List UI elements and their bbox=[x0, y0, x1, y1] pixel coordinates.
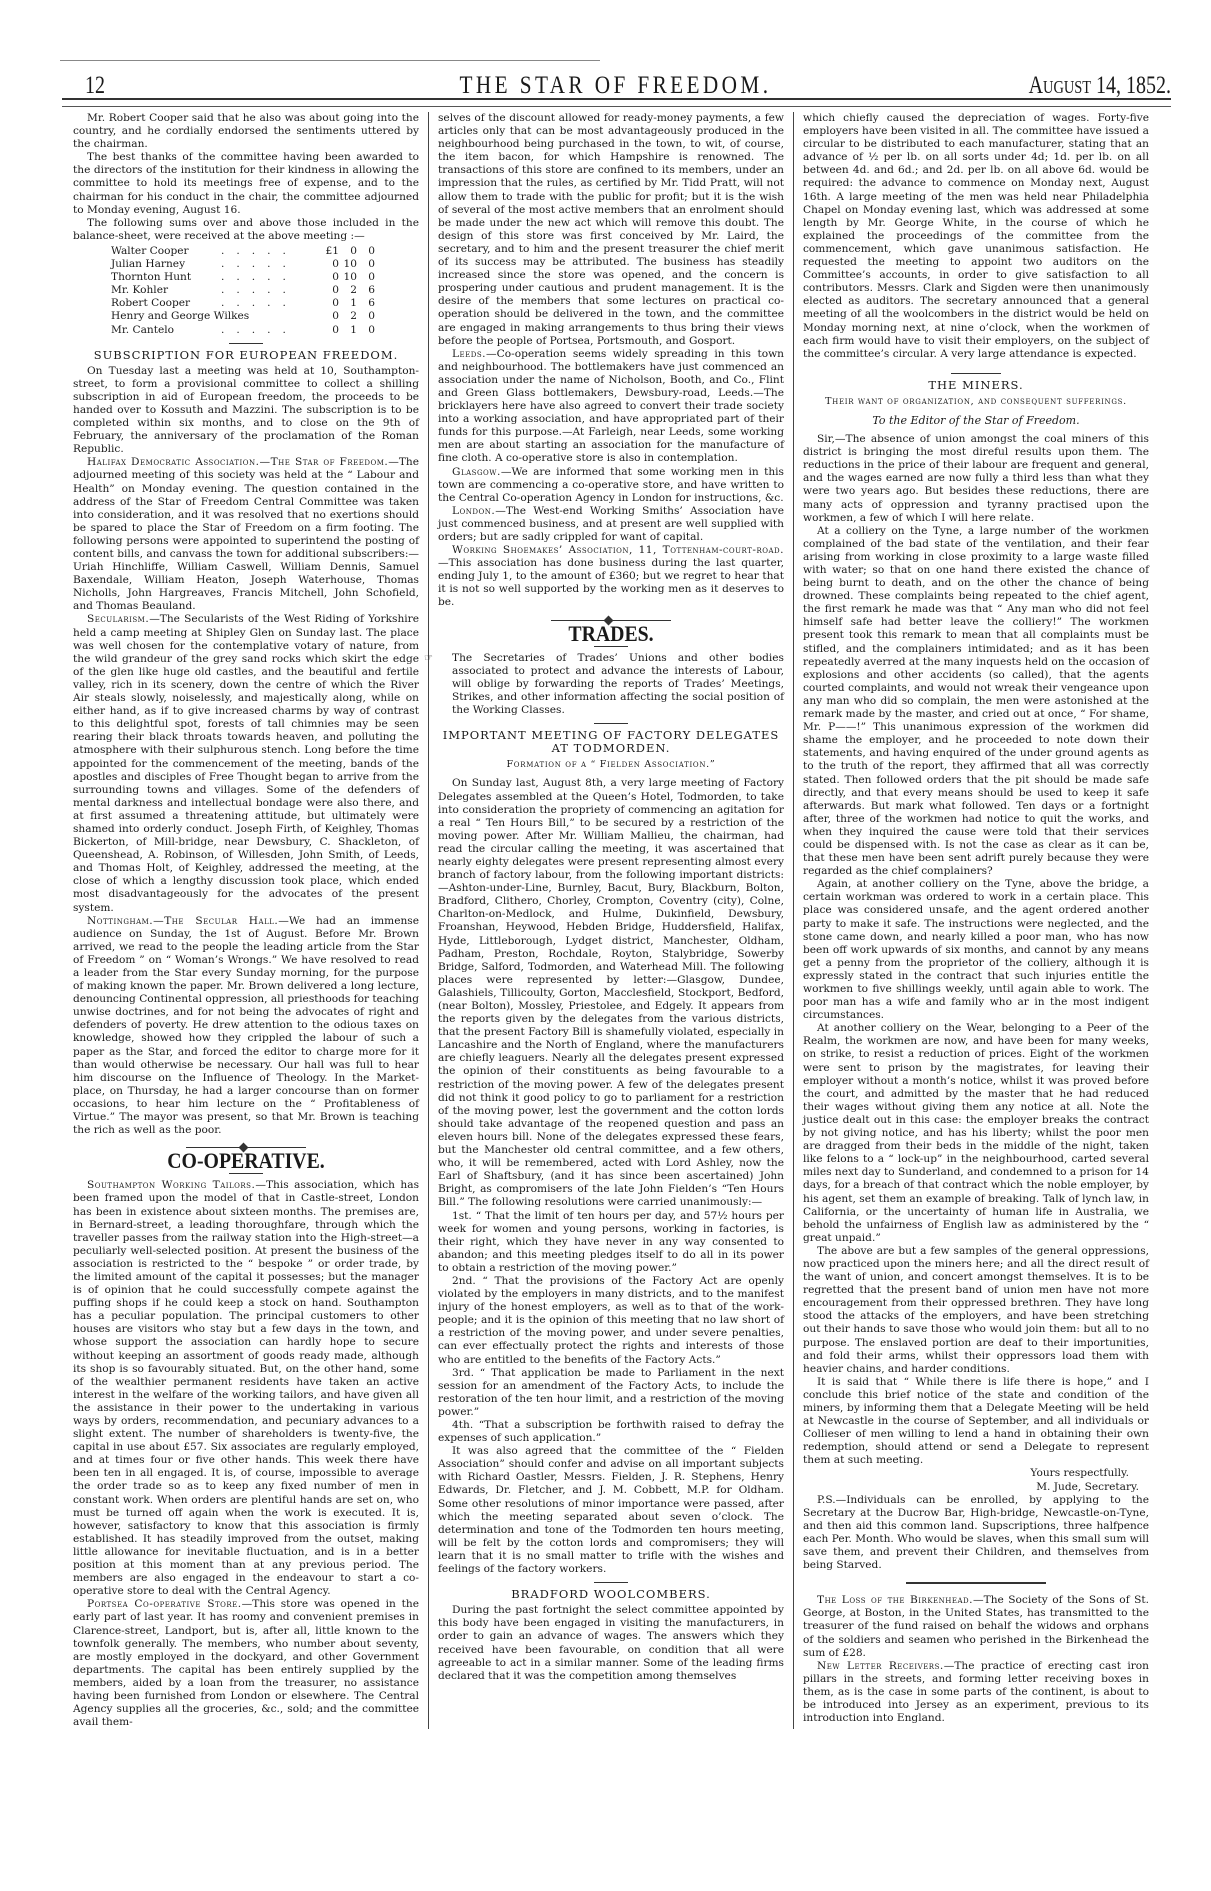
article-heading: THE MINERS. bbox=[803, 379, 1149, 392]
trades-notice: ☞The Secretaries of Trades’ Unions and o… bbox=[438, 652, 784, 717]
article-subheading: Formation of a “ Fielden Association.” bbox=[438, 758, 784, 771]
section-divider bbox=[951, 373, 1001, 374]
paragraph: The Loss of the Birkenhead.—The Society … bbox=[803, 1594, 1149, 1659]
paragraph: New Letter Receivers.—The practice of er… bbox=[803, 1660, 1149, 1725]
paragraph: At a colliery on the Tyne, a large numbe… bbox=[803, 525, 1149, 879]
section-heading-cooperative: CO-OPERATIVE. bbox=[90, 1154, 401, 1167]
paragraph: On Tuesday last a meeting was held at 10… bbox=[73, 365, 419, 457]
paragraph-lead: Halifax Democratic Association.—The Star… bbox=[87, 456, 388, 468]
top-rule bbox=[60, 60, 600, 61]
paragraph: Southampton Working Tailors.—This associ… bbox=[73, 1179, 419, 1598]
paragraph: During the past fortnight the select com… bbox=[438, 1604, 784, 1683]
paragraph-lead: Glasgow. bbox=[452, 466, 501, 478]
article-columns: Mr. Robert Cooper said that he also was … bbox=[64, 112, 1158, 1729]
paragraph-lead: New Letter Receivers. bbox=[817, 1660, 944, 1672]
paragraph: Working Shoemakes’ Association, 11, Tott… bbox=[438, 544, 784, 609]
paragraph: The best thanks of the committee having … bbox=[73, 151, 419, 216]
section-divider bbox=[594, 1582, 628, 1583]
letter-signature: M. Jude, Secretary. bbox=[803, 1481, 1149, 1494]
paragraph: Glasgow.—We are informed that some worki… bbox=[438, 466, 784, 505]
postscript: P.S.—Individuals can be enrolled, by app… bbox=[803, 1494, 1149, 1573]
paragraph-lead: Leeds. bbox=[452, 348, 486, 360]
resolution: 4th. “That a subscription be forthwith r… bbox=[438, 1419, 784, 1445]
subscription-row: Thornton Hunt.....0100 bbox=[111, 271, 375, 284]
page-number: 12 bbox=[85, 72, 105, 100]
subscription-row: Mr. Kohler.....026 bbox=[111, 284, 375, 297]
paragraph: Sir,—The absence of union amongst the co… bbox=[803, 433, 1149, 525]
article-heading: IMPORTANT MEETING OF FACTORY DELEGATES A… bbox=[438, 729, 784, 755]
subscription-row: Julian Harney.....0100 bbox=[111, 258, 375, 271]
pointing-hand-icon: ☞ bbox=[438, 652, 452, 665]
paragraph: Again, at another colliery on the Tyne, … bbox=[803, 878, 1149, 1022]
subscription-row: Mr. Cantelo.....010 bbox=[111, 324, 375, 337]
paragraph: It is said that “ While there is life th… bbox=[803, 1376, 1149, 1468]
subscription-row: Walter Cooper.....£100 bbox=[111, 245, 375, 258]
subscription-list: Walter Cooper.....£100 Julian Harney....… bbox=[111, 245, 375, 337]
paragraph: On Sunday last, August 8th, a very large… bbox=[438, 777, 784, 1209]
article-heading: BRADFORD WOOLCOMBERS. bbox=[438, 1588, 784, 1601]
section-divider bbox=[229, 1173, 263, 1174]
letter-salutation: To the Editor of the Star of Freedom. bbox=[803, 414, 1149, 427]
resolution: 2nd. “ That the provisions of the Factor… bbox=[438, 1275, 784, 1367]
paragraph-lead: Nottingham.—The Secular Hall. bbox=[87, 915, 278, 927]
paragraph-lead: Working Shoemakes’ Association, 11, Tott… bbox=[452, 544, 784, 556]
column-3: which chiefly caused the depreciation of… bbox=[793, 112, 1158, 1729]
section-divider bbox=[906, 1582, 1046, 1584]
paragraph-lead: Secularism. bbox=[87, 613, 149, 625]
newspaper-title: THE STAR OF FREEDOM. bbox=[143, 72, 1087, 100]
article-subheading: Their want of organization, and conseque… bbox=[803, 395, 1149, 408]
paragraph: selves of the discount allowed for ready… bbox=[438, 112, 784, 348]
section-heading-trades: TRADES. bbox=[455, 627, 766, 640]
subscription-row: Robert Cooper.....016 bbox=[111, 297, 375, 310]
paragraph: Leeds.—Co-operation seems widely spreadi… bbox=[438, 348, 784, 466]
issue-date: August 14, 1852. bbox=[1029, 72, 1171, 100]
paragraph: At another colliery on the Wear, belongi… bbox=[803, 1022, 1149, 1245]
paragraph: Portsea Co-operative Store.—This store w… bbox=[73, 1598, 419, 1729]
column-1: Mr. Robert Cooper said that he also was … bbox=[64, 112, 428, 1729]
masthead-double-rule bbox=[62, 98, 1171, 107]
letter-closing: Yours respectfully. bbox=[803, 1467, 1149, 1480]
section-divider bbox=[594, 646, 628, 647]
subscription-row: Henry and George Wilkes020 bbox=[111, 310, 375, 323]
paragraph: The following sums over and above those … bbox=[73, 217, 419, 243]
paragraph-lead: Portsea Co-operative Store. bbox=[87, 1598, 242, 1610]
paragraph: which chiefly caused the depreciation of… bbox=[803, 112, 1149, 361]
section-divider bbox=[594, 723, 628, 724]
resolution: 3rd. “ That application be made to Parli… bbox=[438, 1367, 784, 1419]
section-divider bbox=[229, 343, 263, 344]
column-2: selves of the discount allowed for ready… bbox=[428, 112, 793, 1729]
paragraph: Mr. Robert Cooper said that he also was … bbox=[73, 112, 419, 151]
paragraph: It was also agreed that the committee of… bbox=[438, 1445, 784, 1576]
paragraph: Secularism.—The Secularists of the West … bbox=[73, 613, 419, 914]
paragraph: Nottingham.—The Secular Hall.—We had an … bbox=[73, 915, 419, 1138]
paragraph-lead: London. bbox=[452, 505, 495, 517]
paragraph: London.—The West-end Working Smiths’ Ass… bbox=[438, 505, 784, 544]
paragraph-lead: The Loss of the Birkenhead. bbox=[817, 1594, 973, 1606]
section-heading: SUBSCRIPTION FOR EUROPEAN FREEDOM. bbox=[73, 349, 419, 362]
paragraph: The above are but a few samples of the g… bbox=[803, 1245, 1149, 1376]
paragraph: Halifax Democratic Association.—The Star… bbox=[73, 456, 419, 613]
resolution: 1st. “ That the limit of ten hours per d… bbox=[438, 1210, 784, 1275]
paragraph-lead: Southampton Working Tailors. bbox=[87, 1179, 255, 1191]
